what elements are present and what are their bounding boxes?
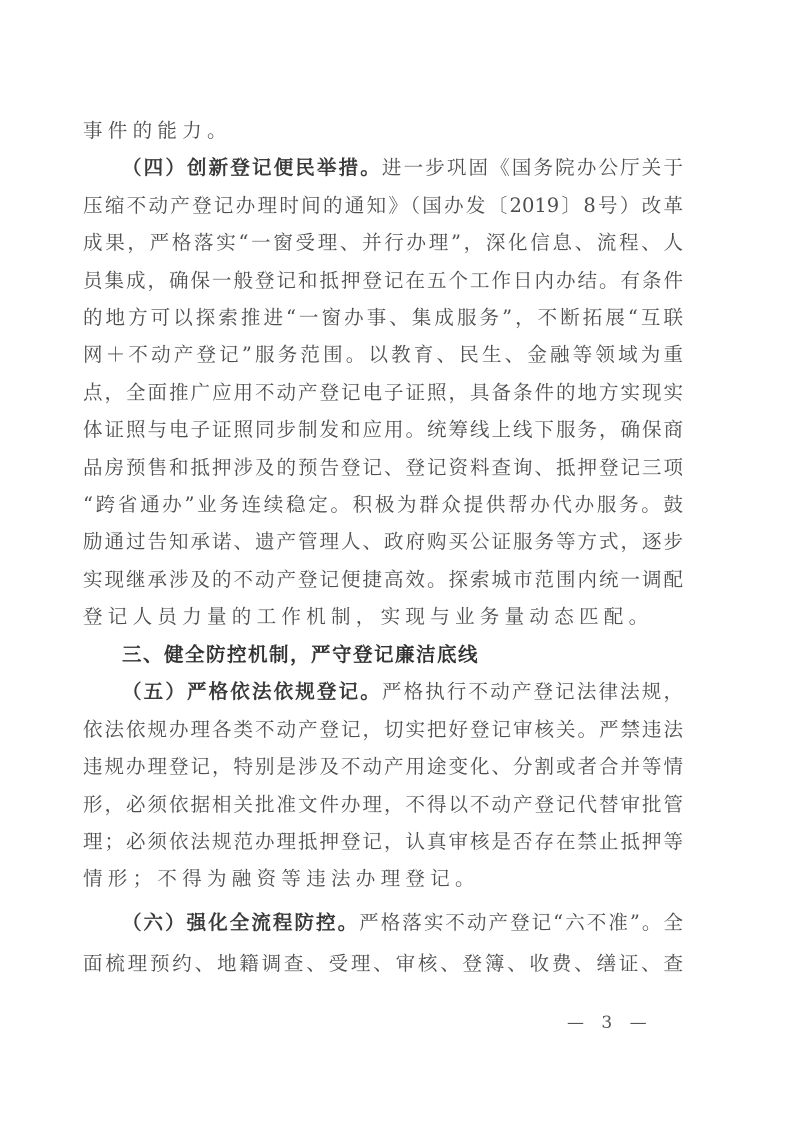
line-text: 形，必须依据相关批准文件办理，不得以不动产登记代替审批管 bbox=[83, 793, 683, 816]
paragraph-line-section-6: （六）强化全流程防控。严格落实不动产登记“六不准”。全 bbox=[122, 904, 683, 941]
paragraph-line: 成果，严格落实“一窗受理、并行办理”，深化信息、流程、人 bbox=[83, 224, 683, 261]
line-text: 实现继承涉及的不动产登记便捷高效。探索城市范围内统一调配 bbox=[83, 568, 683, 591]
line-text: 严格执行不动产登记法律法规， bbox=[382, 680, 683, 703]
section-lead: （五）严格依法依规登记。 bbox=[122, 680, 382, 703]
line-text: 体证照与电子证照同步制发和应用。统筹线上线下服务，确保商 bbox=[83, 418, 683, 441]
paragraph-line: 点，全面推广应用不动产登记电子证照，具备条件的地方实现实 bbox=[83, 374, 683, 411]
line-text: 面梳理预约、地籍调查、受理、审核、登簿、收费、缮证、查 bbox=[83, 952, 683, 975]
line-text: 品房预售和抵押涉及的预告登记、登记资料查询、抵押登记三项 bbox=[83, 456, 683, 479]
section-lead: （六）强化全流程防控。 bbox=[122, 911, 359, 934]
paragraph-line: 体证照与电子证照同步制发和应用。统筹线上线下服务，确保商 bbox=[83, 411, 683, 448]
section-heading: 三、健全防控机制，严守登记廉洁底线 bbox=[122, 636, 479, 673]
line-text: 员集成，确保一般登记和抵押登记在五个工作日内办结。有条件 bbox=[83, 269, 683, 292]
line-text: 压缩不动产登记办理时间的通知》（国办发〔2019〕8号）改革 bbox=[83, 194, 683, 217]
paragraph-line: 形，必须依据相关批准文件办理，不得以不动产登记代替审批管 bbox=[83, 786, 683, 823]
line-text: 的地方可以探索推进“一窗办事、集成服务”，不断拓展“互联 bbox=[83, 306, 683, 329]
paragraph-line: 品房预售和抵押涉及的预告登记、登记资料查询、抵押登记三项 bbox=[83, 449, 683, 486]
paragraph-line: 员集成，确保一般登记和抵押登记在五个工作日内办结。有条件 bbox=[83, 262, 683, 299]
paragraph-line: 励通过告知承诺、遗产管理人、政府购买公证服务等方式，逐步 bbox=[83, 523, 683, 560]
line-text: 严格落实不动产登记“六不准”。全 bbox=[359, 911, 683, 934]
paragraph-line-section-5: （五）严格依法依规登记。严格执行不动产登记法律法规， bbox=[122, 673, 683, 710]
paragraph-line: 理；必须依法规范办理抵押登记，认真审核是否存在禁止抵押等 bbox=[83, 823, 683, 860]
paragraph-line: 的地方可以探索推进“一窗办事、集成服务”，不断拓展“互联 bbox=[83, 299, 683, 336]
line-text: 网＋不动产登记”服务范围。以教育、民生、金融等领域为重 bbox=[83, 343, 683, 366]
page-number: — 3 — bbox=[567, 1012, 653, 1034]
paragraph-line-section-4: （四）创新登记便民举措。进一步巩固《国务院办公厅关于 bbox=[122, 149, 683, 186]
line-text: 进一步巩固《国务院办公厅关于 bbox=[382, 156, 683, 179]
line-text: “跨省通办”业务连续稳定。积极为群众提供帮办代办服务。鼓 bbox=[83, 493, 683, 516]
line-text: 依法依规办理各类不动产登记，切实把好登记审核关。严禁违法 bbox=[83, 718, 683, 741]
paragraph-line: “跨省通办”业务连续稳定。积极为群众提供帮办代办服务。鼓 bbox=[83, 486, 683, 523]
line-text: 点，全面推广应用不动产登记电子证照，具备条件的地方实现实 bbox=[83, 381, 683, 404]
paragraph-line: 依法依规办理各类不动产登记，切实把好登记审核关。严禁违法 bbox=[83, 711, 683, 748]
paragraph-line: 情形；不得为融资等违法办理登记。 bbox=[83, 860, 683, 897]
line-text: 情形；不得为融资等违法办理登记。 bbox=[83, 867, 480, 890]
document-page: 事件的能力。 （四）创新登记便民举措。进一步巩固《国务院办公厅关于 压缩不动产登… bbox=[0, 0, 800, 1131]
paragraph-line: 面梳理预约、地籍调查、受理、审核、登簿、收费、缮证、查 bbox=[83, 945, 683, 982]
line-text: 事件的能力。 bbox=[83, 119, 232, 142]
paragraph-line: 压缩不动产登记办理时间的通知》（国办发〔2019〕8号）改革 bbox=[83, 187, 683, 224]
line-text: 违规办理登记，特别是涉及不动产用途变化、分割或者合并等情 bbox=[83, 755, 683, 778]
line-text: 励通过告知承诺、遗产管理人、政府购买公证服务等方式，逐步 bbox=[83, 530, 683, 553]
line-text: 成果，严格落实“一窗受理、并行办理”，深化信息、流程、人 bbox=[83, 231, 683, 254]
paragraph-line: 实现继承涉及的不动产登记便捷高效。探索城市范围内统一调配 bbox=[83, 561, 683, 598]
paragraph-line: 登记人员力量的工作机制，实现与业务量动态匹配。 bbox=[83, 598, 683, 635]
section-lead: （四）创新登记便民举措。 bbox=[122, 156, 382, 179]
line-text: 理；必须依法规范办理抵押登记，认真审核是否存在禁止抵押等 bbox=[83, 830, 683, 853]
paragraph-line: 违规办理登记，特别是涉及不动产用途变化、分割或者合并等情 bbox=[83, 748, 683, 785]
line-text: 登记人员力量的工作机制，实现与业务量动态匹配。 bbox=[83, 605, 653, 628]
paragraph-line: 网＋不动产登记”服务范围。以教育、民生、金融等领域为重 bbox=[83, 336, 683, 373]
paragraph-line: 事件的能力。 bbox=[83, 112, 683, 149]
